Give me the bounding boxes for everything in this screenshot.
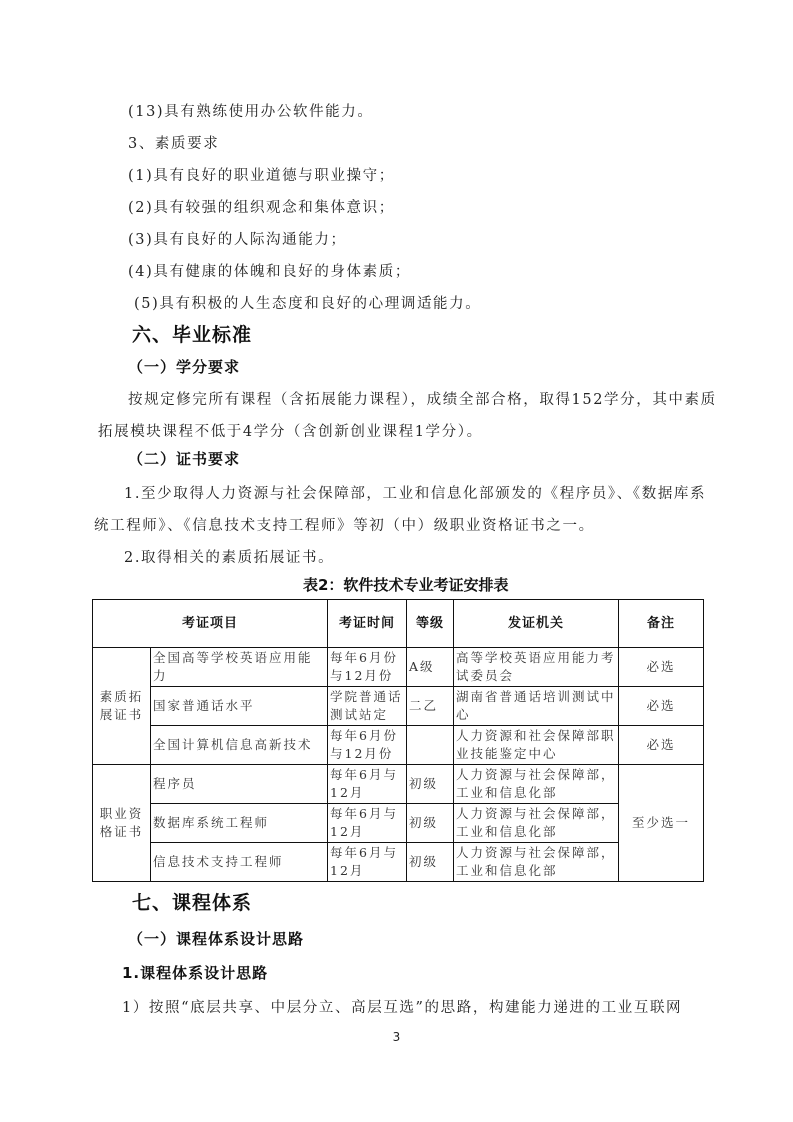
table-header-row: 考证项目 考证时间 等级 发证机关 备注 [93,600,704,648]
note-cell: 必选 [619,648,704,687]
issuer-cell: 人力资源与社会保障部，工业和信息化部 [454,804,619,843]
item-cell: 全国高等学校英语应用能力 [151,648,328,687]
level-cell: 初级 [407,843,454,882]
item-cell: 数据库系统工程师 [151,804,328,843]
course-design-paragraph: 1）按照“底层共享、中层分立、高层互选”的思路，构建能力递进的工业互联网 [122,996,682,1017]
certificate-item-1-line-2: 统工程师》、《信息技术支持工程师》等初（中）级职业资格证书之一。 [94,514,595,535]
time-cell: 每年6月与12月 [328,843,407,882]
issuer-cell: 人力资源和社会保障部职业技能鉴定中心 [454,726,619,765]
header-note: 备注 [619,600,704,648]
quality-item-3: (3)具有良好的人际沟通能力； [128,228,347,249]
table-caption: 表2：软件技术专业考证安排表 [303,574,508,595]
issuer-cell: 人力资源与社会保障部，工业和信息化部 [454,843,619,882]
time-cell: 每年6月份与12月份 [328,726,407,765]
note-cell: 必选 [619,687,704,726]
item-cell: 全国计算机信息高新技术 [151,726,328,765]
level-cell: 初级 [407,765,454,804]
course-design-subtitle: 1.课程体系设计思路 [122,962,268,983]
issuer-cell: 人力资源与社会保障部，工业和信息化部 [454,765,619,804]
table-row: 数据库系统工程师 每年6月与12月 初级 人力资源与社会保障部，工业和信息化部 [93,804,704,843]
quality-item-4: (4)具有健康的体魄和良好的身体素质； [128,260,411,281]
issuer-cell: 高等学校英语应用能力考试委员会 [454,648,619,687]
category-cell: 职业资格证书 [93,765,151,882]
time-cell: 每年6月与12月 [328,765,407,804]
header-issuer: 发证机关 [454,600,619,648]
quality-requirements-heading: 3、素质要求 [128,132,219,153]
header-cert-item: 考证项目 [93,600,328,648]
level-cell: 初级 [407,804,454,843]
category-cell: 素质拓展证书 [93,648,151,765]
time-cell: 每年6月份与12月份 [328,648,407,687]
certificate-item-2: 2.取得相关的素质拓展证书。 [124,546,334,567]
header-exam-time: 考证时间 [328,600,407,648]
quality-item-1: (1)具有良好的职业道德与职业操守； [128,164,395,185]
certificate-item-1-line-1: 1.至少取得人力资源与社会保障部，工业和信息化部颁发的《程序员》、《数据库系 [124,482,706,503]
table-row: 职业资格证书 程序员 每年6月与12月 初级 人力资源与社会保障部，工业和信息化… [93,765,704,804]
note-cell: 必选 [619,726,704,765]
item-cell: 信息技术支持工程师 [151,843,328,882]
level-cell: 二乙 [407,687,454,726]
section-6-title: 六、毕业标准 [132,320,252,347]
item-cell: 国家普通话水平 [151,687,328,726]
credit-paragraph-line-1: 按规定修完所有课程（含拓展能力课程），成绩全部合格，取得152学分，其中素质 [128,388,717,409]
quality-item-5: (5)具有积极的人生态度和良好的心理调适能力。 [134,292,481,313]
issuer-cell: 湖南省普通话培训测试中心 [454,687,619,726]
table-row: 国家普通话水平 学院普通话测试站定 二乙 湖南省普通话培训测试中心 必选 [93,687,704,726]
credit-paragraph-line-2: 拓展模块课程不低于4学分（含创新创业课程1学分）。 [98,420,483,441]
course-design-title: （一）课程体系设计思路 [128,928,304,949]
certificate-requirements-title: （二）证书要求 [128,448,240,469]
page-number: 3 [0,1030,793,1044]
table-row: 信息技术支持工程师 每年6月与12月 初级 人力资源与社会保障部，工业和信息化部 [93,843,704,882]
item-cell: 程序员 [151,765,328,804]
certificate-schedule-table: 考证项目 考证时间 等级 发证机关 备注 素质拓展证书 全国高等学校英语应用能力… [92,599,704,882]
table-row: 素质拓展证书 全国高等学校英语应用能力 每年6月份与12月份 A级 高等学校英语… [93,648,704,687]
header-level: 等级 [407,600,454,648]
time-cell: 学院普通话测试站定 [328,687,407,726]
time-cell: 每年6月与12月 [328,804,407,843]
level-cell [407,726,454,765]
level-cell: A级 [407,648,454,687]
quality-item-2: (2)具有较强的组织观念和集体意识； [128,196,395,217]
table-row: 全国计算机信息高新技术 每年6月份与12月份 人力资源和社会保障部职业技能鉴定中… [93,726,704,765]
section-7-title: 七、课程体系 [132,888,252,915]
note-cell: 至少选一 [619,765,704,882]
ability-item-13: (13)具有熟练使用办公软件能力。 [128,100,373,121]
credit-requirements-title: （一）学分要求 [128,356,240,377]
